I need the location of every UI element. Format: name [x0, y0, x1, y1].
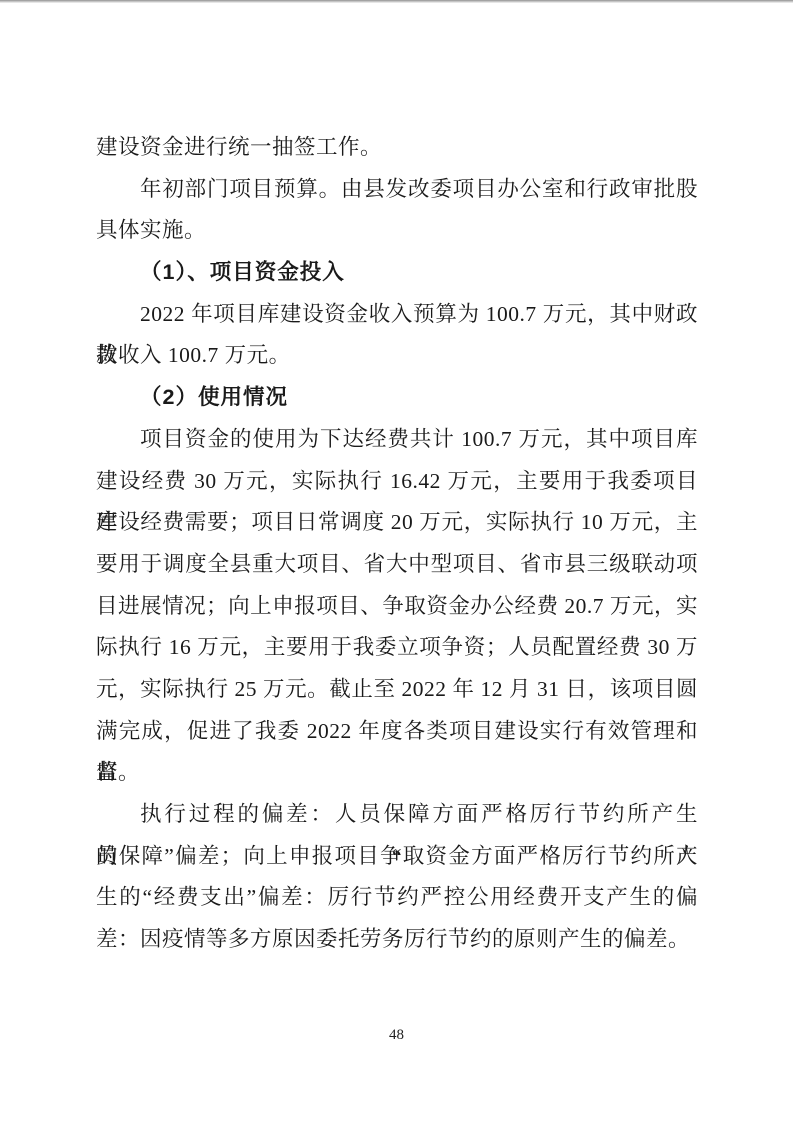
- document-text-block: 建设资金进行统一抽签工作。 年初部门项目预算。由县发改委项目办公室和行政审批股 …: [96, 127, 698, 961]
- text-line: 元，实际执行 25 万元。截止至 2022 年 12 月 31 日，该项目圆: [96, 669, 698, 711]
- scan-artifact-top-edge: [0, 0, 793, 3]
- page-number: 48: [0, 1025, 793, 1045]
- text-line: 员保障”偏差；向上申报项目争取资金方面严格厉行节约所产: [96, 836, 698, 878]
- text-line: 建设资金进行统一抽签工作。: [96, 127, 698, 169]
- text-line: 目进展情况；向上申报项目、争取资金办公经费 20.7 万元，实: [96, 586, 698, 628]
- text-line: 项目资金的使用为下达经费共计 100.7 万元，其中项目库: [96, 419, 698, 461]
- text-line: 差：因疫情等多方原因委托劳务厉行节约的原则产生的偏差。: [96, 919, 698, 961]
- text-line: 生的“经费支出”偏差：厉行节约严控公用经费开支产生的偏: [96, 877, 698, 919]
- document-page: 建设资金进行统一抽签工作。 年初部门项目预算。由县发改委项目办公室和行政审批股 …: [0, 0, 793, 1122]
- section-heading-project-fund-input: （1）、项目资金投入: [96, 252, 698, 294]
- text-line: 际执行 16 万元，主要用于我委立项争资；人员配置经费 30 万: [96, 627, 698, 669]
- text-line: 款收入 100.7 万元。: [96, 335, 698, 377]
- text-line: 年初部门项目预算。由县发改委项目办公室和行政审批股: [96, 169, 698, 211]
- text-line: 2022 年项目库建设资金收入预算为 100.7 万元，其中财政拨: [96, 294, 698, 336]
- section-heading-usage-status: （2）使用情况: [96, 377, 698, 419]
- text-line: 执行过程的偏差：人员保障方面严格厉行节约所产生的“人: [96, 794, 698, 836]
- text-line: 建设经费需要；项目日常调度 20 万元，实际执行 10 万元，主: [96, 502, 698, 544]
- text-line: 建设经费 30 万元，实际执行 16.42 万元，主要用于我委项目库: [96, 461, 698, 503]
- text-line: 督。: [96, 752, 698, 794]
- text-line: 要用于调度全县重大项目、省大中型项目、省市县三级联动项: [96, 544, 698, 586]
- text-line: 满完成，促进了我委 2022 年度各类项目建设实行有效管理和监: [96, 711, 698, 753]
- text-line: 具体实施。: [96, 210, 698, 252]
